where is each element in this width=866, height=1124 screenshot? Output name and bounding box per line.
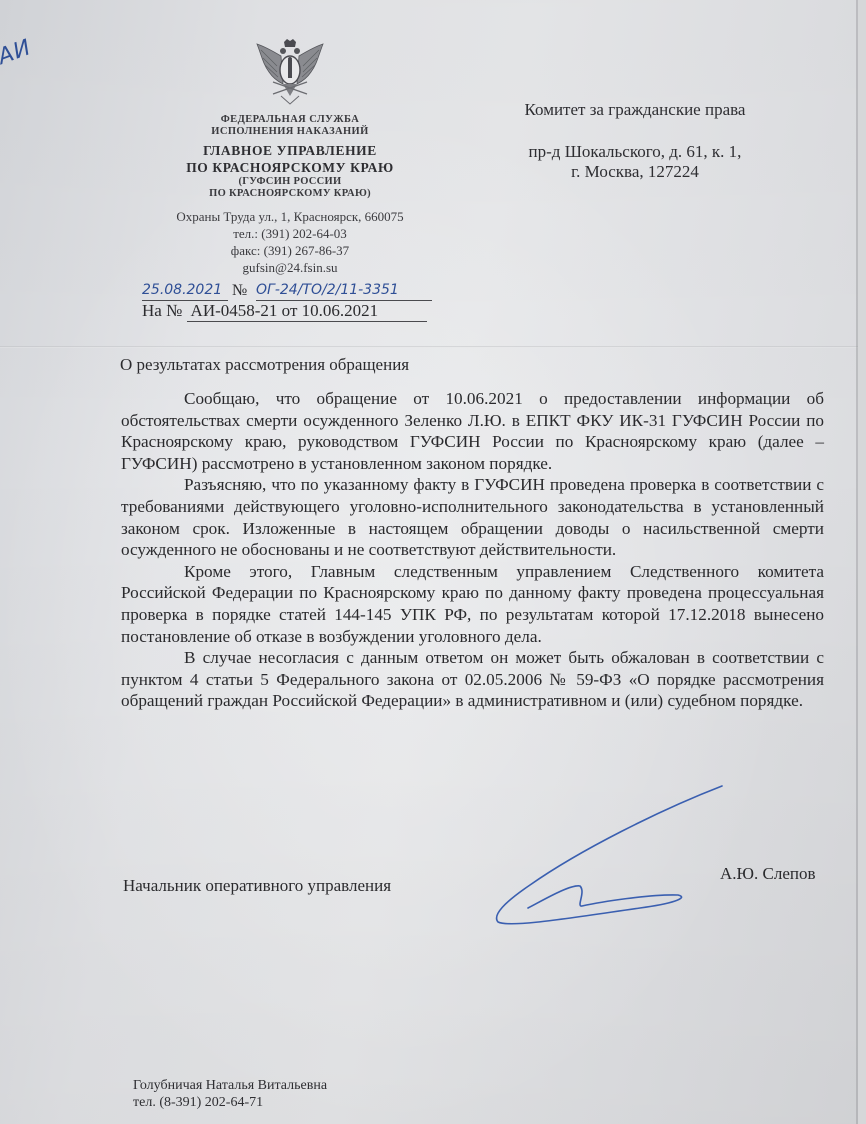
- addressee-address-line1: пр-д Шокальского, д. 61, к. 1,: [505, 142, 765, 162]
- letterhead: ФЕДЕРАЛЬНАЯ СЛУЖБА ИСПОЛНЕНИЯ НАКАЗАНИЙ …: [140, 38, 440, 276]
- body-paragraph-1: Сообщаю, что обращение от 10.06.2021 о п…: [121, 388, 824, 474]
- body-paragraph-3: Кроме этого, Главным следственным управл…: [121, 561, 824, 647]
- addressee-name: Комитет за гражданские права: [505, 100, 765, 120]
- reference-line: На № АИ-0458-21 от 10.06.2021: [142, 301, 432, 322]
- paper-edge: [858, 0, 866, 1124]
- org-email: gufsin@24.fsin.su: [140, 259, 440, 276]
- handwritten-corner-mark: АИ: [0, 35, 35, 70]
- paper-fold-horizontal: [0, 346, 866, 348]
- reference-value: АИ-0458-21 от 10.06.2021: [187, 301, 427, 322]
- addressee-address-line2: г. Москва, 127224: [505, 162, 765, 182]
- signatory-name: А.Ю. Слепов: [720, 864, 816, 884]
- dept-name-line1: ГЛАВНОЕ УПРАВЛЕНИЕ: [140, 142, 440, 159]
- dept-name-line2: ПО КРАСНОЯРСКОМУ КРАЮ: [140, 159, 440, 176]
- letterhead-contacts: Охраны Труда ул., 1, Красноярск, 660075 …: [140, 208, 440, 276]
- dept-abbr-line2: ПО КРАСНОЯРСКОМУ КРАЮ): [140, 188, 440, 200]
- reference-label: На №: [142, 301, 182, 320]
- letter-body: Сообщаю, что обращение от 10.06.2021 о п…: [121, 388, 824, 712]
- signatory-position: Начальник оперативного управления: [123, 876, 391, 896]
- registration-date: 25.08.2021: [142, 282, 228, 301]
- executor-phone: тел. (8-391) 202-64-71: [133, 1094, 327, 1111]
- executor-name: Голубничая Наталья Витальевна: [133, 1077, 327, 1094]
- addressee-block: Комитет за гражданские права пр-д Шокаль…: [505, 100, 765, 182]
- body-paragraph-2: Разъясняю, что по указанному факту в ГУФ…: [121, 474, 824, 560]
- paper-fold-vertical: [856, 0, 858, 1124]
- org-name-line2: ИСПОЛНЕНИЯ НАКАЗАНИЙ: [140, 126, 440, 138]
- registration-number-label: №: [232, 282, 247, 300]
- dept-abbr-line1: (ГУФСИН РОССИИ: [140, 176, 440, 188]
- org-fax: факс: (391) 267-86-37: [140, 242, 440, 259]
- executor-block: Голубничая Наталья Витальевна тел. (8-39…: [133, 1077, 327, 1111]
- body-paragraph-4: В случае несогласия с данным ответом он …: [121, 647, 824, 712]
- org-phone: тел.: (391) 202-64-03: [140, 225, 440, 242]
- handwritten-signature-icon: [490, 780, 740, 930]
- org-name-line1: ФЕДЕРАЛЬНАЯ СЛУЖБА: [140, 114, 440, 126]
- org-address: Охраны Труда ул., 1, Красноярск, 660075: [140, 208, 440, 225]
- fsin-emblem-icon: [253, 38, 327, 110]
- letter-subject: О результатах рассмотрения обращения: [120, 355, 409, 375]
- registration-number: ОГ-24/ТО/2/11-3351: [256, 282, 432, 301]
